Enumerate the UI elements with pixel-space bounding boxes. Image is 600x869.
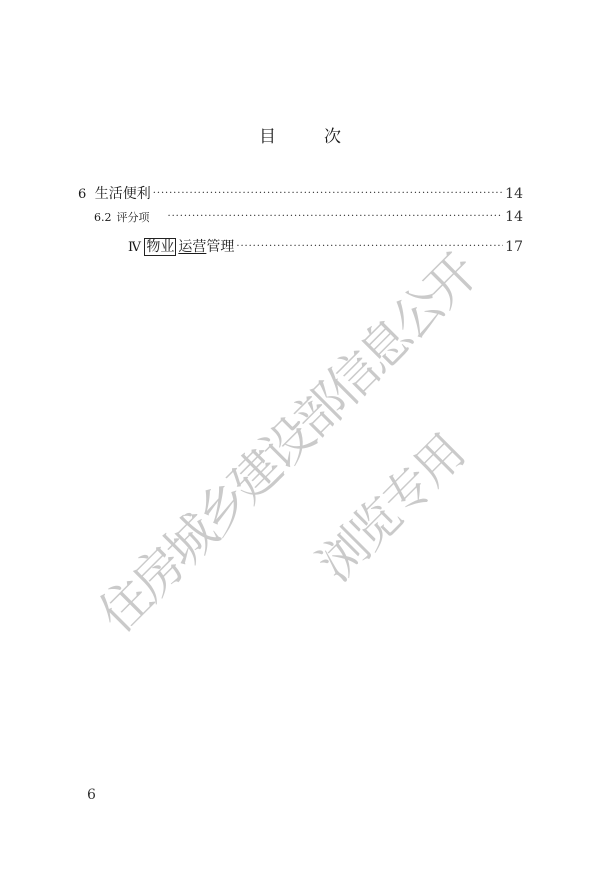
document-page: 目次 6 生活便利 14 6.2 评分项 14 Ⅳ 物业运营管理 17 6 住房… — [0, 0, 600, 869]
toc-title-char-2: 次 — [324, 122, 341, 147]
toc-title: 目次 — [0, 122, 600, 147]
underlined-text: 运营 — [178, 239, 206, 255]
dot-leader — [153, 189, 503, 199]
boxed-text: 物业 — [144, 238, 176, 256]
page-number: 6 — [87, 787, 96, 803]
toc-entry-number: Ⅳ — [128, 240, 144, 255]
dot-leader — [236, 242, 503, 252]
plain-text: 管理 — [206, 239, 234, 255]
toc-entry-page: 17 — [505, 239, 523, 255]
toc-title-char-1: 目 — [259, 122, 276, 147]
toc-entry-chapter-6[interactable]: 6 生活便利 14 — [78, 183, 523, 203]
dot-leader — [168, 212, 504, 222]
toc-entry-label: 生活便利 — [95, 183, 151, 203]
toc-entry-subsection-iv[interactable]: Ⅳ 物业运营管理 17 — [128, 236, 523, 256]
toc-entry-section-6-2[interactable]: 6.2 评分项 14 — [94, 209, 523, 225]
watermark-line-2: 浏览专用 — [300, 418, 476, 594]
toc-entry-label: 物业运营管理 — [144, 236, 234, 256]
toc-entry-number: 6.2 — [94, 211, 117, 224]
toc-entry-page: 14 — [505, 186, 523, 202]
toc-entry-label: 评分项 — [117, 209, 150, 225]
toc-entry-number: 6 — [78, 187, 95, 202]
watermark-line-1: 住房城乡建设部信息公开 — [80, 237, 489, 646]
toc-entry-page: 14 — [505, 209, 523, 225]
